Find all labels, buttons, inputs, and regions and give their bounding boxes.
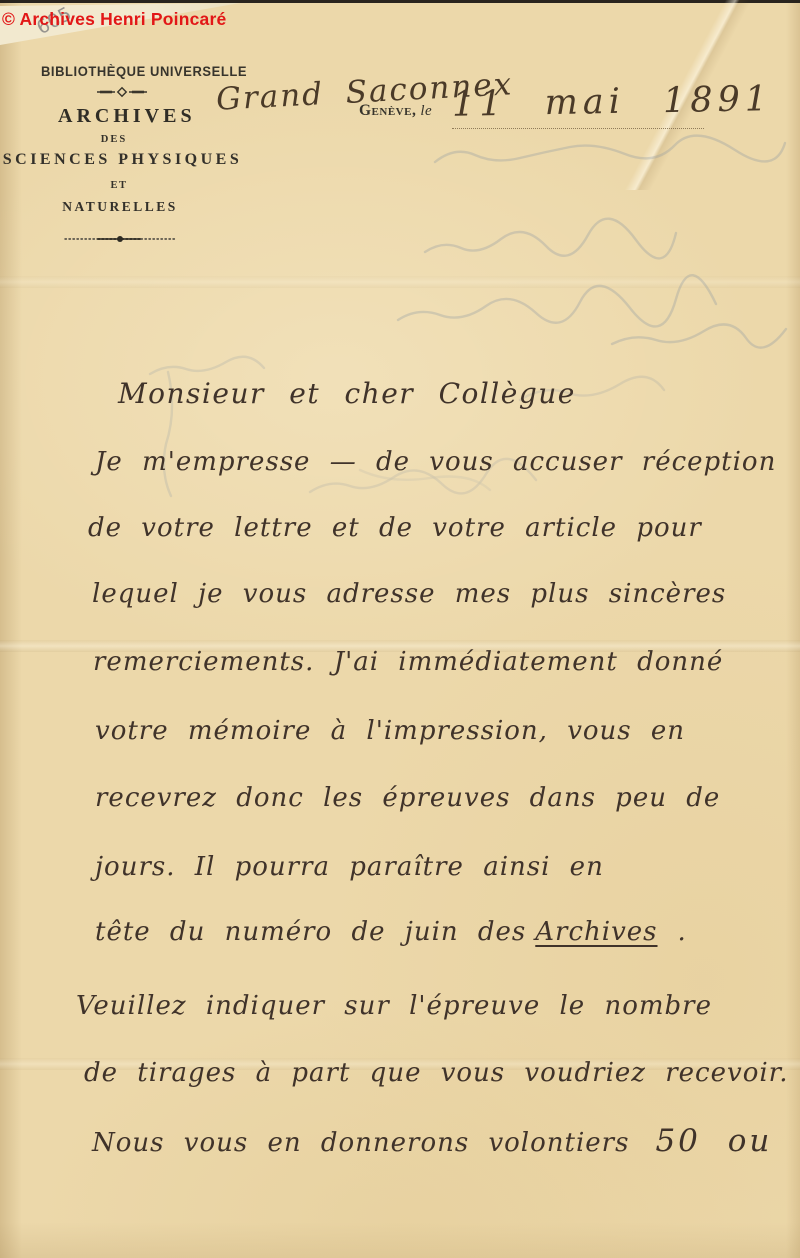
letterhead-archives-title: ARCHIVES [58,105,196,128]
letterhead-bibliotheque-universelle: BIBLIOTHÈQUE UNIVERSELLE [41,64,204,79]
body-line: de tirages à part que vous voudriez rece… [84,1053,789,1093]
letterhead-ornament-diamond-rule [96,86,148,98]
archives-underlined-word: Archives [535,917,657,947]
letterhead-sciences-physiques: SCIENCES PHYSIQUES [0,151,245,169]
salutation-line: Monsieur et cher Collègue [118,374,576,414]
letterhead-naturelles: NATURELLES [0,199,240,215]
body-line: jours. Il pourra paraître ainsi en [95,847,604,887]
letterhead-des: DES [0,134,228,145]
body-line: recevrez donc les épreuves dans peu de [95,778,720,818]
body-line: Veuillez indiquer sur l'épreuve le nombr… [76,986,712,1026]
body-line: Je m'empresse — de vous accuser réceptio… [95,442,776,482]
date-dotted-rule [452,128,704,129]
body-line: lequel je vous adresse mes plus sincères [92,574,726,614]
closing-line-text: Nous vous en donnerons volontiers [92,1128,629,1158]
fold-crease-upper [0,276,800,288]
letterhead-ornament-dotted-rule [64,234,176,244]
body-line: de votre lettre et de votre article pour [88,508,702,548]
body-line: votre mémoire à l'impression, vous en [95,711,685,751]
body-line-archives: tête du numéro de juin desArchives. [95,912,687,952]
copyright-watermark: © Archives Henri Poincaré [2,9,226,30]
letter-page: 605 © Archives Henri Poincaré BIBLIOTHÈQ… [0,0,800,1258]
body-line-closing: Nous vous en donnerons volontiers50 ou 1… [92,1121,800,1163]
archives-line-period: . [678,917,687,947]
archives-line-pre: tête du numéro de juin des [95,917,526,947]
handwritten-date: 11 mai 1891 [452,79,773,125]
letterhead-et: ET [0,180,238,191]
closing-line-numbers: 50 ou 100 [655,1123,800,1159]
body-line: remerciements. J'ai immédiatement donné [93,642,723,682]
